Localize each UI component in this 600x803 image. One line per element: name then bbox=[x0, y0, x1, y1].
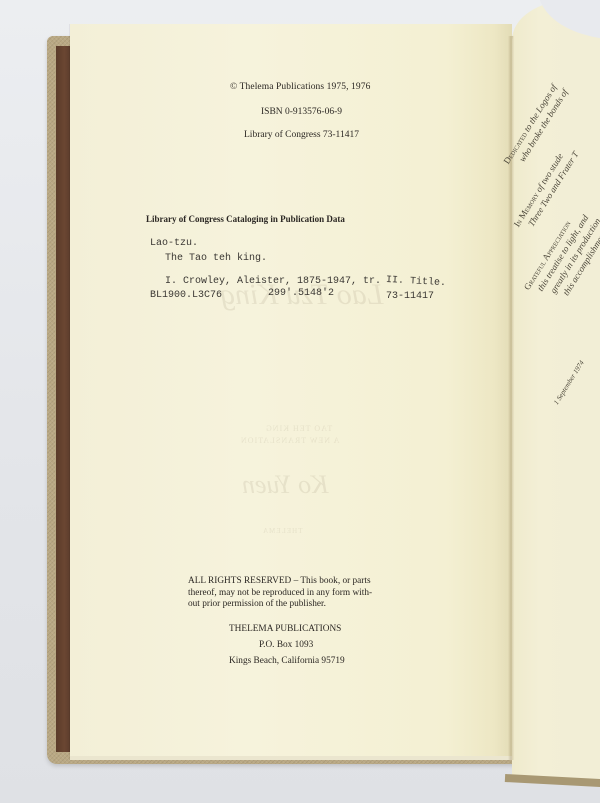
show-through-line: A NEW TRANSLATION bbox=[240, 436, 339, 445]
show-through-line: THELEMA bbox=[262, 527, 302, 535]
publisher-address: Kings Beach, California 95719 bbox=[229, 656, 345, 666]
show-through-signature: Ko Yuen bbox=[242, 470, 328, 500]
book-endpaper bbox=[56, 46, 70, 752]
rights-line: ALL RIGHTS RESERVED – This book, or part… bbox=[188, 576, 372, 588]
cip-title: The Tao teh king. bbox=[165, 253, 267, 264]
rights-line: out prior permission of the publisher. bbox=[188, 599, 372, 611]
cip-classification: BL1900.L3C76 bbox=[150, 290, 222, 301]
cip-card-number: 73-11417 bbox=[386, 291, 434, 302]
rights-statement: ALL RIGHTS RESERVED – This book, or part… bbox=[188, 576, 372, 611]
lccn: Library of Congress 73-11417 bbox=[244, 130, 359, 140]
cip-heading: Library of Congress Cataloging in Public… bbox=[146, 214, 345, 224]
show-through-line: TAO TEH KING bbox=[265, 424, 332, 433]
rights-line: thereof, may not be reproduced in any fo… bbox=[188, 588, 372, 600]
right-page bbox=[512, 0, 600, 782]
cip-added-entries: I. Crowley, Aleister, 1875-1947, tr. bbox=[165, 276, 381, 287]
copyright-line: © Thelema Publications 1975, 1976 bbox=[230, 82, 370, 92]
publisher-name: THELEMA PUBLICATIONS bbox=[229, 624, 341, 634]
cip-dewey: 299'.5148'2 bbox=[268, 288, 334, 299]
cip-author: Lao-tzu. bbox=[150, 238, 198, 249]
left-page-edge bbox=[70, 756, 512, 760]
photo-scene: Lao Tzu King TAO TEH KING A NEW TRANSLAT… bbox=[0, 0, 600, 803]
isbn: ISBN 0-913576-06-9 bbox=[261, 107, 342, 117]
publisher-box: P.O. Box 1093 bbox=[259, 640, 313, 650]
